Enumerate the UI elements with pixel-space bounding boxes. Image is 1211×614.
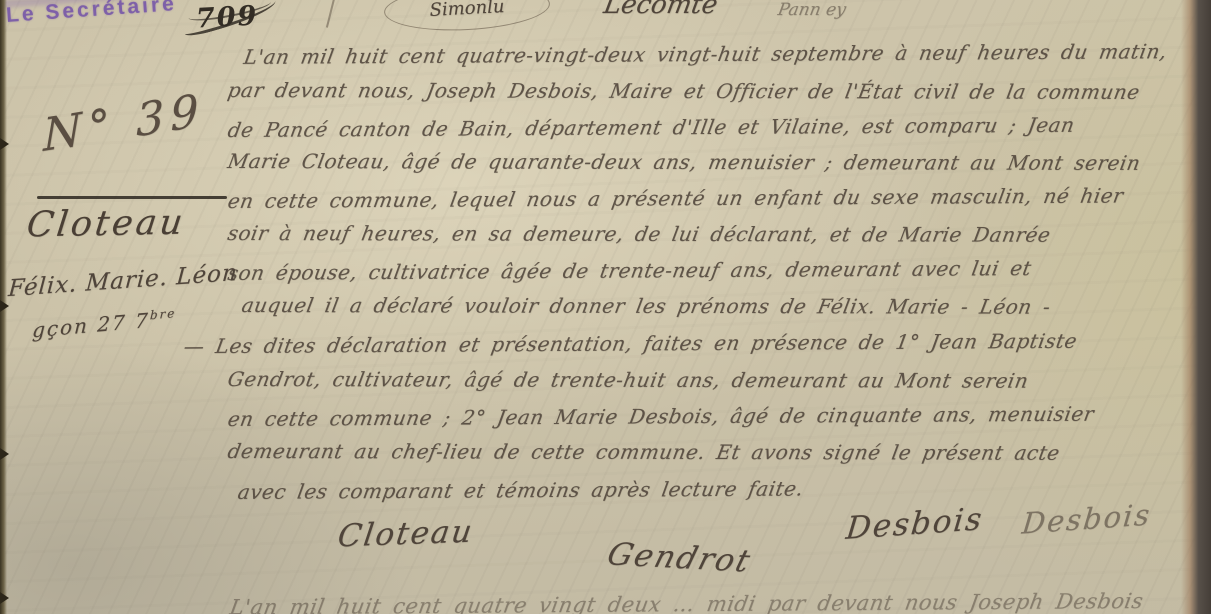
act-line: — Les dites déclaration et présentation,… — [226, 328, 1192, 358]
act-line: auquel il a déclaré vouloir donner les p… — [226, 293, 1206, 319]
signature-cloteau: Cloteau — [335, 514, 476, 555]
register-page: Simonlu Lecomte Pann ey Le Secrétaire 70… — [0, 0, 1211, 614]
act-line: son épouse, cultivatrice âgée de trente-… — [226, 255, 1192, 285]
signature-gendrot: Gendrot — [603, 536, 755, 579]
act-line: en cette commune, lequel nous a présenté… — [226, 183, 1192, 213]
act-line: Marie Cloteau, âgé de quarante-deux ans,… — [226, 149, 1192, 175]
act-line: soir à neuf heures, en sa demeure, de lu… — [226, 221, 1192, 247]
act-line: demeurant au chef-lieu de cette commune.… — [226, 439, 1192, 465]
act-line: de Pancé canton de Bain, département d'I… — [226, 112, 1192, 142]
act-line: en cette commune ; 2° Jean Marie Desbois… — [226, 401, 1192, 431]
act-line: Gendrot, cultivateur, âgé de trente-huit… — [226, 367, 1192, 393]
act-line: par devant nous, Joseph Desbois, Maire e… — [226, 78, 1192, 104]
act-line: L'an mil huit cent quatre-vingt-deux vin… — [226, 39, 1208, 69]
act-line: avec les comparant et témoins après lect… — [226, 474, 1202, 504]
page-edge-shadow — [1181, 0, 1211, 614]
